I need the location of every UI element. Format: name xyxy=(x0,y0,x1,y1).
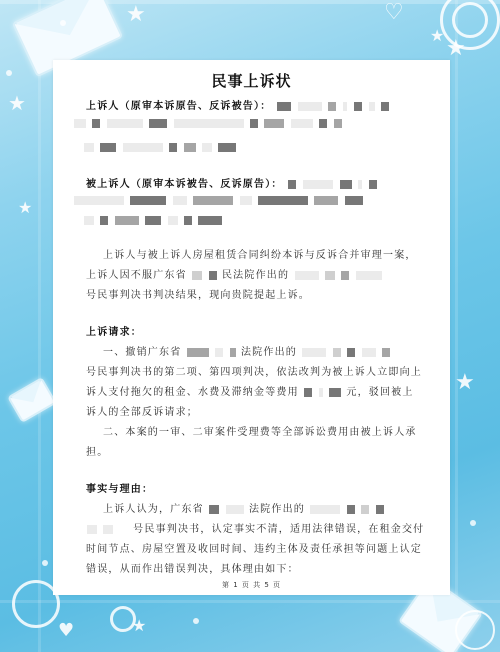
appellant-label: 上诉人（原审本诉原告、反诉被告）： xyxy=(86,101,271,112)
request-text: 法院作出的 xyxy=(241,347,297,358)
redaction-block xyxy=(107,119,143,128)
appeal-request-2-line-2: 担。 xyxy=(86,443,108,458)
redaction-block xyxy=(340,180,352,189)
redaction-block xyxy=(329,388,341,397)
bubble-icon xyxy=(455,610,495,650)
request-text: 元，驳回被上 xyxy=(346,387,413,398)
redaction-block xyxy=(226,505,244,514)
intro-line-1: 上诉人与被上诉人房屋租赁合同纠纷本诉与反诉合并审理一案， xyxy=(103,246,417,261)
appeal-request-1-line-3: 诉人支付拖欠的租金、水费及滞纳金等费用 元，驳回被上 xyxy=(86,383,414,398)
redaction-block xyxy=(310,505,340,514)
redaction-block xyxy=(240,196,252,205)
appellant-details-line xyxy=(73,118,343,129)
star-icon: ★ xyxy=(8,93,26,113)
redaction-block xyxy=(295,271,319,280)
intro-text: 民法院作出的 xyxy=(222,270,289,281)
envelope-icon xyxy=(7,377,57,423)
request-text: 诉人支付拖欠的租金、水费及滞纳金等费用 xyxy=(86,387,299,398)
heart-icon: ♥ xyxy=(58,622,74,640)
facts-line-4: 错误，从而作出错误判决，具体理由如下： xyxy=(86,560,299,575)
facts-text: 上诉人认为，广东省 xyxy=(103,504,204,515)
redaction-block xyxy=(173,196,187,205)
redaction-block xyxy=(345,196,363,205)
bubble-icon xyxy=(110,606,136,632)
appeal-request-1-line-4: 诉人的全部反诉请求； xyxy=(86,403,198,418)
facts-reasons-heading: 事实与理由： xyxy=(86,480,153,495)
redaction-block xyxy=(198,216,222,225)
redaction-block xyxy=(149,119,167,128)
redaction-block xyxy=(184,143,196,152)
facts-line-2: 号民事判决书，认定事实不清，适用法律错误，在租金交付 xyxy=(86,520,424,535)
facts-line-3: 时间节点、房屋空置及收回时间、违约主体及责任承担等问题上认定 xyxy=(86,540,422,555)
redaction-block xyxy=(87,525,97,534)
redaction-block xyxy=(168,216,178,225)
redaction-block xyxy=(369,102,375,111)
redaction-block xyxy=(277,102,291,111)
redaction-block xyxy=(74,196,124,205)
redaction-block xyxy=(334,119,342,128)
redaction-block xyxy=(382,348,390,357)
redaction-block xyxy=(130,196,166,205)
redaction-block xyxy=(333,348,341,357)
redaction-block xyxy=(319,388,323,397)
redaction-block xyxy=(184,216,192,225)
appellant-address-line xyxy=(83,142,237,153)
redaction-block xyxy=(298,102,322,111)
redaction-block xyxy=(103,525,113,534)
appellee-address-line xyxy=(83,215,223,226)
redaction-block xyxy=(74,119,86,128)
redaction-block xyxy=(319,119,327,128)
redaction-block xyxy=(356,271,382,280)
request-text: 一、撤销广东省 xyxy=(103,347,181,358)
target-circle-icon xyxy=(452,2,488,38)
appeal-request-1-line-1: 一、撤销广东省 法院作出的 xyxy=(103,343,391,358)
appeal-request-1-line-2: 号民事判决书的第二项、第四项判决，依法改判为被上诉人立即向上 xyxy=(86,363,422,378)
page-indicator: 第 1 页 共 5 页 xyxy=(53,580,450,590)
star-icon: ★ xyxy=(18,200,32,216)
appellee-line: 被上诉人（原审本诉被告、反诉原告）： xyxy=(86,175,378,190)
star-icon: ★ xyxy=(126,4,146,26)
redaction-block xyxy=(92,119,100,128)
appellee-label: 被上诉人（原审本诉被告、反诉原告）： xyxy=(86,179,283,190)
redaction-block xyxy=(258,196,308,205)
facts-text: 法院作出的 xyxy=(249,504,305,515)
redaction-block xyxy=(369,180,377,189)
redaction-block xyxy=(192,271,202,280)
appellant-line: 上诉人（原审本诉原告、反诉被告）： xyxy=(86,97,390,112)
document-page: 民事上诉状 上诉人（原审本诉原告、反诉被告）： 被上诉人（原审本诉被告、反诉原告… xyxy=(53,60,450,595)
redaction-block xyxy=(347,348,355,357)
redaction-block xyxy=(314,196,338,205)
intro-line-3: 号民事判决书判决结果，现向贵院提起上诉。 xyxy=(86,286,310,301)
redaction-block xyxy=(347,505,355,514)
redaction-block xyxy=(288,180,296,189)
star-icon: ★ xyxy=(455,372,475,394)
redaction-block xyxy=(328,102,336,111)
redaction-block xyxy=(169,143,177,152)
redaction-block xyxy=(187,348,209,357)
redaction-block xyxy=(84,143,94,152)
redaction-block xyxy=(381,102,389,111)
redaction-block xyxy=(250,119,258,128)
redaction-block xyxy=(341,271,349,280)
redaction-block xyxy=(145,216,161,225)
redaction-block xyxy=(123,143,163,152)
redaction-block xyxy=(218,143,236,152)
redaction-block xyxy=(376,505,384,514)
redaction-block xyxy=(100,143,116,152)
appeal-requests-heading: 上诉请求： xyxy=(86,323,142,338)
redaction-block xyxy=(343,102,347,111)
facts-line-1: 上诉人认为，广东省 法院作出的 xyxy=(103,500,385,515)
redaction-block xyxy=(100,216,108,225)
intro-text: 上诉人因不服广东省 xyxy=(86,270,187,281)
redaction-block xyxy=(174,119,244,128)
document-title: 民事上诉状 xyxy=(53,70,450,91)
redaction-block xyxy=(202,143,212,152)
redaction-block xyxy=(264,119,284,128)
redaction-block xyxy=(209,271,217,280)
redaction-block xyxy=(303,180,333,189)
redaction-block xyxy=(304,388,312,397)
intro-line-2: 上诉人因不服广东省 民法院作出的 xyxy=(86,266,383,281)
redaction-block xyxy=(361,505,369,514)
redaction-block xyxy=(215,348,223,357)
redaction-block xyxy=(302,348,326,357)
redaction-block xyxy=(358,180,362,189)
redaction-block xyxy=(209,505,219,514)
redaction-block xyxy=(325,271,335,280)
appellee-details-line xyxy=(73,195,364,206)
redaction-block xyxy=(230,348,236,357)
appeal-request-2-line-1: 二、本案的一审、二审案件受理费等全部诉讼费用由被上诉人承 xyxy=(103,423,417,438)
redaction-block xyxy=(354,102,362,111)
redaction-block xyxy=(362,348,376,357)
heart-icon: ♡ xyxy=(384,2,404,24)
redaction-block xyxy=(291,119,313,128)
redaction-block xyxy=(84,216,94,225)
redaction-block xyxy=(193,196,233,205)
facts-text: 号民事判决书，认定事实不清，适用法律错误，在租金交付 xyxy=(133,524,424,535)
redaction-block xyxy=(115,216,139,225)
